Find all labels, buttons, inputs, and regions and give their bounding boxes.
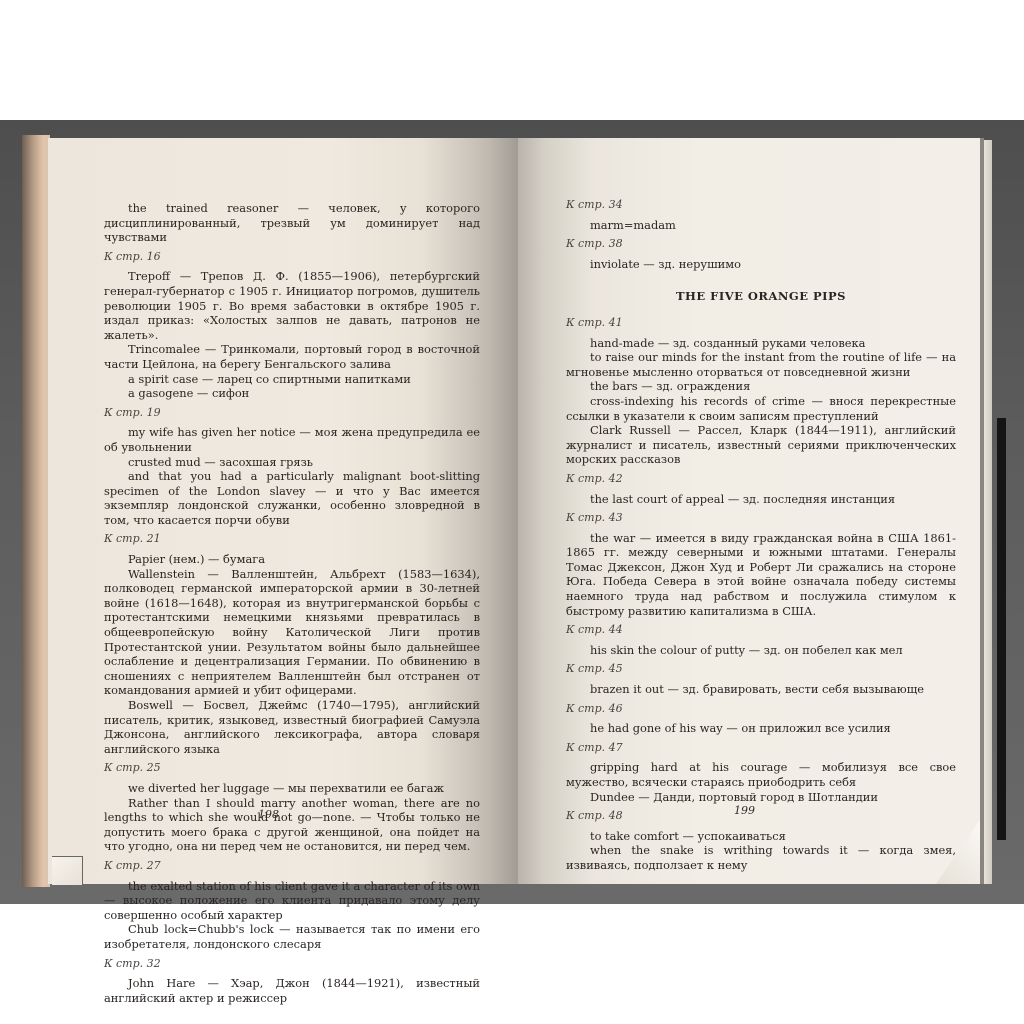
glossary-entry: Wallenstein — Валленштейн, Альбрехт (158… bbox=[104, 567, 480, 698]
glossary-entry: my wife has given her notice — моя жена … bbox=[104, 425, 480, 454]
page-number-right: 199 bbox=[734, 804, 794, 817]
bookmark-ribbon bbox=[997, 418, 1006, 840]
glossary-entry: the trained reasoner — человек, у которо… bbox=[104, 201, 480, 245]
glossary-entry: Boswell — Босвел, Джеймс (1740—1795), ан… bbox=[104, 698, 480, 756]
page-number-left: 198 bbox=[258, 808, 318, 821]
page-reference-heading: К стр. 19 bbox=[104, 406, 480, 421]
glossary-entry: to raise our minds for the instant from … bbox=[566, 350, 956, 379]
page-reference-heading: К стр. 25 bbox=[104, 761, 480, 776]
page-reference-heading: К стр. 46 bbox=[566, 702, 956, 717]
glossary-entry: gripping hard at his courage — мобилизуя… bbox=[566, 760, 956, 789]
page-reference-heading: К стр. 32 bbox=[104, 957, 480, 972]
glossary-entry: Trepoff — Трепов Д. Ф. (1855—1906), пете… bbox=[104, 269, 480, 342]
glossary-entry: hand-made — зд. созданный руками человек… bbox=[566, 336, 956, 351]
glossary-entry: Clark Russell — Рассел, Кларк (1844—1911… bbox=[566, 423, 956, 467]
glossary-entry: he had gone of his way — он приложил все… bbox=[566, 721, 956, 736]
glossary-entry: to take comfort — успокаиваться bbox=[566, 829, 956, 844]
glossary-entry: his skin the colour of putty — зд. он по… bbox=[566, 643, 956, 658]
page-reference-heading: К стр. 27 bbox=[104, 859, 480, 874]
left-corner-fold bbox=[52, 856, 83, 885]
glossary-entry: John Hare — Хэар, Джон (1844—1921), изве… bbox=[104, 976, 480, 1005]
glossary-entry: Trincomalee — Тринкомали, портовый город… bbox=[104, 342, 480, 371]
glossary-entry: the bars — зд. ограждения bbox=[566, 379, 956, 394]
glossary-entry: brazen it out — зд. бравировать, вести с… bbox=[566, 682, 956, 697]
page-reference-heading: К стр. 21 bbox=[104, 532, 480, 547]
glossary-entry: when the snake is writhing towards it — … bbox=[566, 843, 956, 872]
page-reference-heading: К стр. 34 bbox=[566, 198, 956, 213]
page-reference-heading: К стр. 44 bbox=[566, 623, 956, 638]
right-page-edges bbox=[984, 140, 992, 884]
right-page-text: К стр. 34marm=madamК стр. 38inviolate — … bbox=[566, 193, 956, 873]
page-reference-heading: К стр. 38 bbox=[566, 237, 956, 252]
glossary-entry: the war — имеется в виду гражданская вой… bbox=[566, 531, 956, 619]
glossary-entry: Papier (нем.) — бумага bbox=[104, 552, 480, 567]
glossary-entry: inviolate — зд. нерушимо bbox=[566, 257, 956, 272]
glossary-entry: and that you had a particularly malignan… bbox=[104, 469, 480, 527]
page-reference-heading: К стр. 16 bbox=[104, 250, 480, 265]
section-title: THE FIVE ORANGE PIPS bbox=[566, 289, 956, 304]
glossary-entry: Rather than I should marry another woman… bbox=[104, 796, 480, 854]
glossary-entry: Chub lock=Chubb's lock — называется так … bbox=[104, 922, 480, 951]
page-reference-heading: К стр. 43 bbox=[566, 511, 956, 526]
page-reference-heading: К стр. 41 bbox=[566, 316, 956, 331]
page-reference-heading: К стр. 45 bbox=[566, 662, 956, 677]
glossary-entry: marm=madam bbox=[566, 218, 956, 233]
page-reference-heading: К стр. 47 bbox=[566, 741, 956, 756]
glossary-entry: Dundee — Данди, портовый город в Шотланд… bbox=[566, 790, 956, 805]
glossary-entry: the last court of appeal — зд. последняя… bbox=[566, 492, 956, 507]
glossary-entry: a spirit case — ларец со спиртными напит… bbox=[104, 372, 480, 387]
glossary-entry: a gasogene — сифон bbox=[104, 386, 480, 401]
glossary-entry: crusted mud — засохшая грязь bbox=[104, 455, 480, 470]
glossary-entry: cross-indexing his records of crime — вн… bbox=[566, 394, 956, 423]
left-page-text: the trained reasoner — человек, у которо… bbox=[104, 201, 480, 1005]
page-reference-heading: К стр. 42 bbox=[566, 472, 956, 487]
glossary-entry: we diverted her luggage — мы перехватили… bbox=[104, 781, 480, 796]
glossary-entry: the exalted station of his client gave i… bbox=[104, 879, 480, 923]
left-page-edges bbox=[22, 135, 50, 887]
